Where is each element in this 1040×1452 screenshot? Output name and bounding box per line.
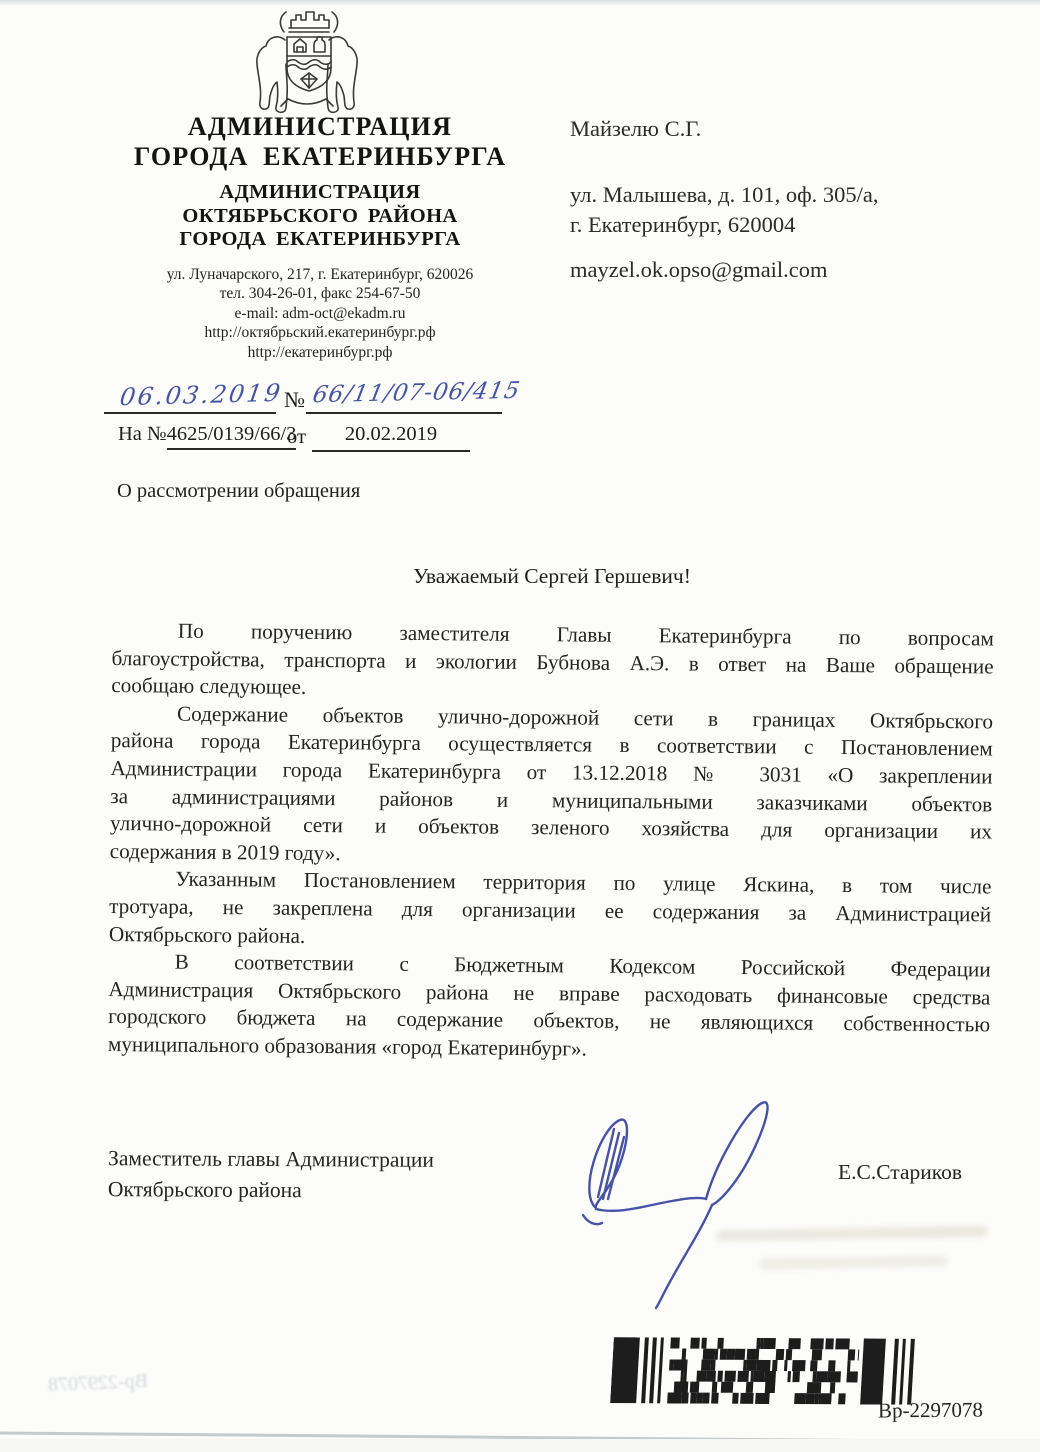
letterhead-email: e-mail: adm-oct@ekadm.ru [96, 304, 544, 324]
letterhead-site-2: http://екатеринбург.рф [96, 343, 544, 363]
recipient-email: mayzel.ok.opso@gmail.com [570, 257, 828, 283]
coat-of-arms-icon [248, 4, 366, 118]
number-underline [306, 412, 502, 414]
letterhead-site-1: http://октябрьский.екатеринбург.рф [96, 323, 544, 343]
recipient-address-line-1: ул. Малышева, д. 101, оф. 305/а, [570, 180, 879, 210]
barcode-label: Вр-2297078 [878, 1398, 983, 1424]
org-sub-line-1: АДМИНИСТРАЦИЯ [96, 181, 544, 205]
scan-bottom-margin [0, 1439, 1040, 1452]
in-reply-reference: На №4625/0139/66/3 [118, 423, 296, 446]
signatory-position-line-1: Заместитель главы Администрации [108, 1143, 434, 1176]
signatory-position-line-2: Октябрьского района [108, 1174, 434, 1207]
in-reply-number: 4625/0139/66/3 [167, 423, 297, 450]
in-reply-label: На № [118, 423, 167, 445]
recipient-address: ул. Малышева, д. 101, оф. 305/а, г. Екат… [570, 180, 879, 240]
letterhead-phone: тел. 304-26-01, факс 254-67-50 [96, 284, 544, 304]
recipient-name: Майзелю С.Г. [570, 116, 701, 142]
recipient-address-line-2: г. Екатеринбург, 620004 [570, 210, 879, 240]
org-name-line-2: ГОРОДА ЕКАТЕРИНБУРГА [96, 142, 544, 172]
org-sub-line-3: ГОРОДА ЕКАТЕРИНБУРГА [96, 228, 544, 252]
barcode-label-mirrored: Вр-2297078 [48, 1370, 149, 1397]
outgoing-number-handwritten: 66/11/07-06/415 [311, 378, 523, 408]
subject-line: О рассмотрении обращения [117, 480, 360, 503]
letter-body: По поручению заместителя Главы Екатеринб… [108, 617, 994, 1067]
date-underline [104, 412, 276, 414]
org-name-line-1: АДМИНИСТРАЦИЯ [96, 112, 544, 142]
letterhead: АДМИНИСТРАЦИЯ ГОРОДА ЕКАТЕРИНБУРГА АДМИН… [96, 112, 544, 362]
org-sub-line-2: ОКТЯБРЬСКОГО РАЙОНА [96, 205, 544, 229]
signatory-name: Е.С.Стариков [838, 1160, 962, 1185]
bleed-through-smudge [758, 1255, 948, 1269]
from-label: от [287, 426, 306, 449]
outgoing-date-handwritten: 06.03.2019 [118, 379, 285, 412]
salutation: Уважаемый Сергей Гершевич! [112, 564, 992, 589]
barcode [610, 1337, 936, 1405]
letterhead-address: ул. Луначарского, 217, г. Екатеринбург, … [96, 265, 544, 285]
handwritten-signature [570, 1093, 810, 1313]
in-reply-date: 20.02.2019 [312, 423, 470, 452]
number-sign: № [284, 387, 305, 413]
signatory-position: Заместитель главы Администрации Октябрьс… [108, 1143, 434, 1207]
scanned-letter-page: АДМИНИСТРАЦИЯ ГОРОДА ЕКАТЕРИНБУРГА АДМИН… [0, 0, 1040, 1452]
scan-top-edge [0, 0, 1040, 6]
